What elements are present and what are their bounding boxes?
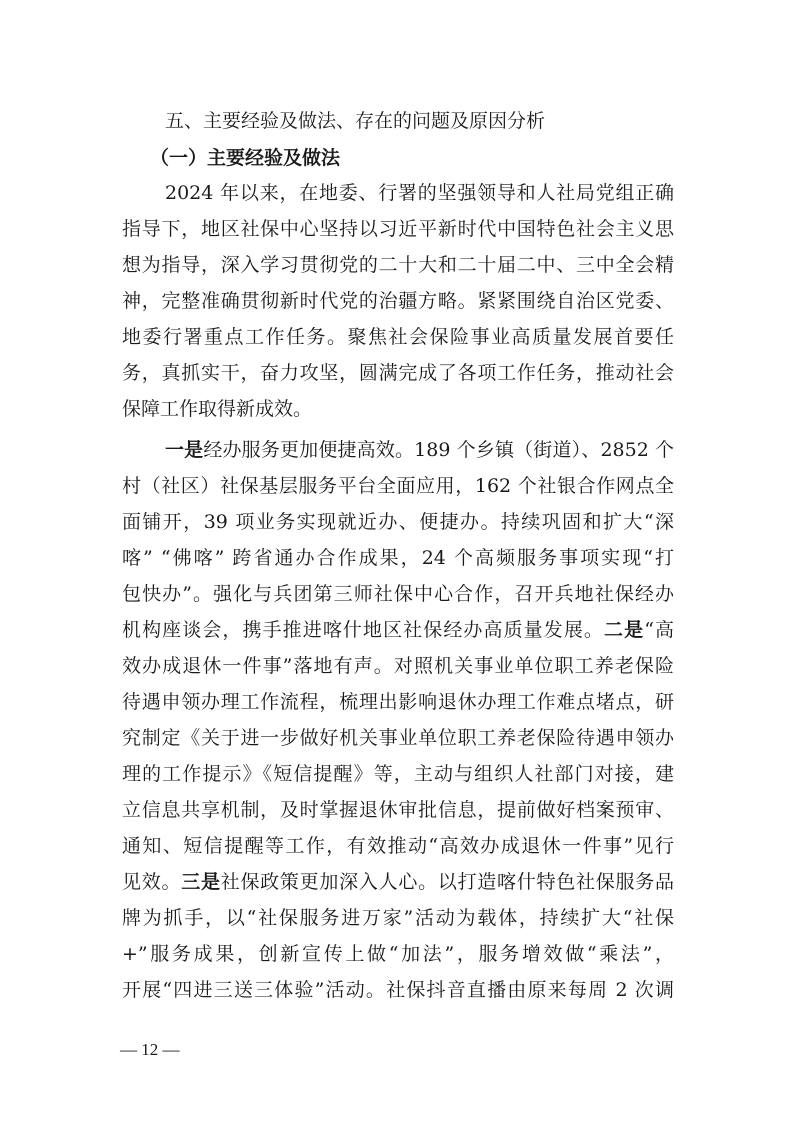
paragraph-2-line-13-post: 社保政策更加深入人心。以打造喀什特色社保服务品	[221, 871, 674, 893]
paragraph-1-line-1: 2024 年以来，在地委、行署的坚强领导和人社局党组正确	[165, 175, 674, 211]
paragraph-2-line-8: 待遇申领办理工作流程，梳理出影响退休办理工作难点堵点，研	[122, 684, 674, 720]
paragraph-2-line-6: 机构座谈会，携手推进喀什地区社保经办高质量发展。二是“高	[122, 612, 674, 648]
paragraph-1-line-7: 保障工作取得新成效。	[122, 391, 674, 427]
paragraph-2-line-13-pre: 见效。	[122, 871, 181, 893]
paragraph-2-line-10: 理的工作提示》《短信提醒》等，主动与组织人社部门对接，建	[122, 756, 674, 792]
paragraph-1-line-3: 想为指导，深入学习贯彻党的二十大和二十届二中、三中全会精	[122, 247, 674, 283]
paragraph-1-line-4: 神，完整准确贯彻新时代党的治疆方略。紧紧围绕自治区党委、	[122, 283, 674, 319]
document-page: 五、主要经验及做法、存在的问题及原因分析 （一）主要经验及做法 2024 年以来…	[0, 0, 793, 1122]
paragraph-2-line-5: 包快办”。强化与兵团第三师社保中心合作，召开兵地社保经办	[122, 576, 674, 612]
section-heading: 五、主要经验及做法、存在的问题及原因分析	[165, 103, 545, 139]
paragraph-1-line-6: 务，真抓实干，奋力攻坚，圆满完成了各项工作任务，推动社会	[122, 355, 674, 391]
paragraph-2-line-16: 开展“四进三送三体验”活动。社保抖音直播由原来每周 2 次调	[122, 972, 674, 1008]
paragraph-2-line-13: 见效。三是社保政策更加深入人心。以打造喀什特色社保服务品	[122, 864, 674, 900]
paragraph-1-line-2: 指导下，地区社保中心坚持以习近平新时代中国特色社会主义思	[122, 211, 674, 247]
paragraph-2-line-4: 喀” “佛喀” 跨省通办合作成果，24 个高频服务事项实现“打	[122, 540, 674, 576]
paragraph-2-line-14: 牌为抓手，以“社保服务进万家”活动为载体，持续扩大“社保	[122, 900, 674, 936]
paragraph-2-line-7: 效办成退休一件事”落地有声。对照机关事业单位职工养老保险	[122, 648, 674, 684]
bold-marker-yishi: 一是	[165, 439, 203, 461]
paragraph-2-line-1-text: 经办服务更加便捷高效。189 个乡镇（街道）、2852 个	[203, 439, 674, 461]
paragraph-2-line-12: 通知、短信提醒等工作，有效推动“高效办成退休一件事”见行	[122, 828, 674, 864]
paragraph-2-line-9: 究制定《关于进一步做好机关事业单位职工养老保险待遇申领办	[122, 720, 674, 756]
bold-marker-sanshi: 三是	[181, 871, 220, 893]
paragraph-2-line-15: +”服务成果，创新宣传上做“加法”，服务增效做“乘法”，	[122, 936, 674, 972]
page-number: — 12 —	[120, 1040, 180, 1060]
bold-marker-ershi: 二是	[604, 619, 644, 641]
paragraph-2-line-1: 一是经办服务更加便捷高效。189 个乡镇（街道）、2852 个	[165, 432, 674, 468]
paragraph-2-line-2: 村（社区）社保基层服务平台全面应用，162 个社银合作网点全	[122, 468, 674, 504]
paragraph-2-line-6-post: “高	[644, 619, 674, 641]
paragraph-1-line-5: 地委行署重点工作任务。聚焦社会保险事业高质量发展首要任	[122, 319, 674, 355]
paragraph-2-line-6-pre: 机构座谈会，携手推进喀什地区社保经办高质量发展。	[122, 619, 604, 641]
subsection-heading: （一）主要经验及做法	[150, 140, 340, 176]
paragraph-2-line-11: 立信息共享机制，及时掌握退休审批信息，提前做好档案预审、	[122, 792, 674, 828]
paragraph-2-line-3: 面铺开，39 项业务实现就近办、便捷办。持续巩固和扩大“深	[122, 504, 674, 540]
